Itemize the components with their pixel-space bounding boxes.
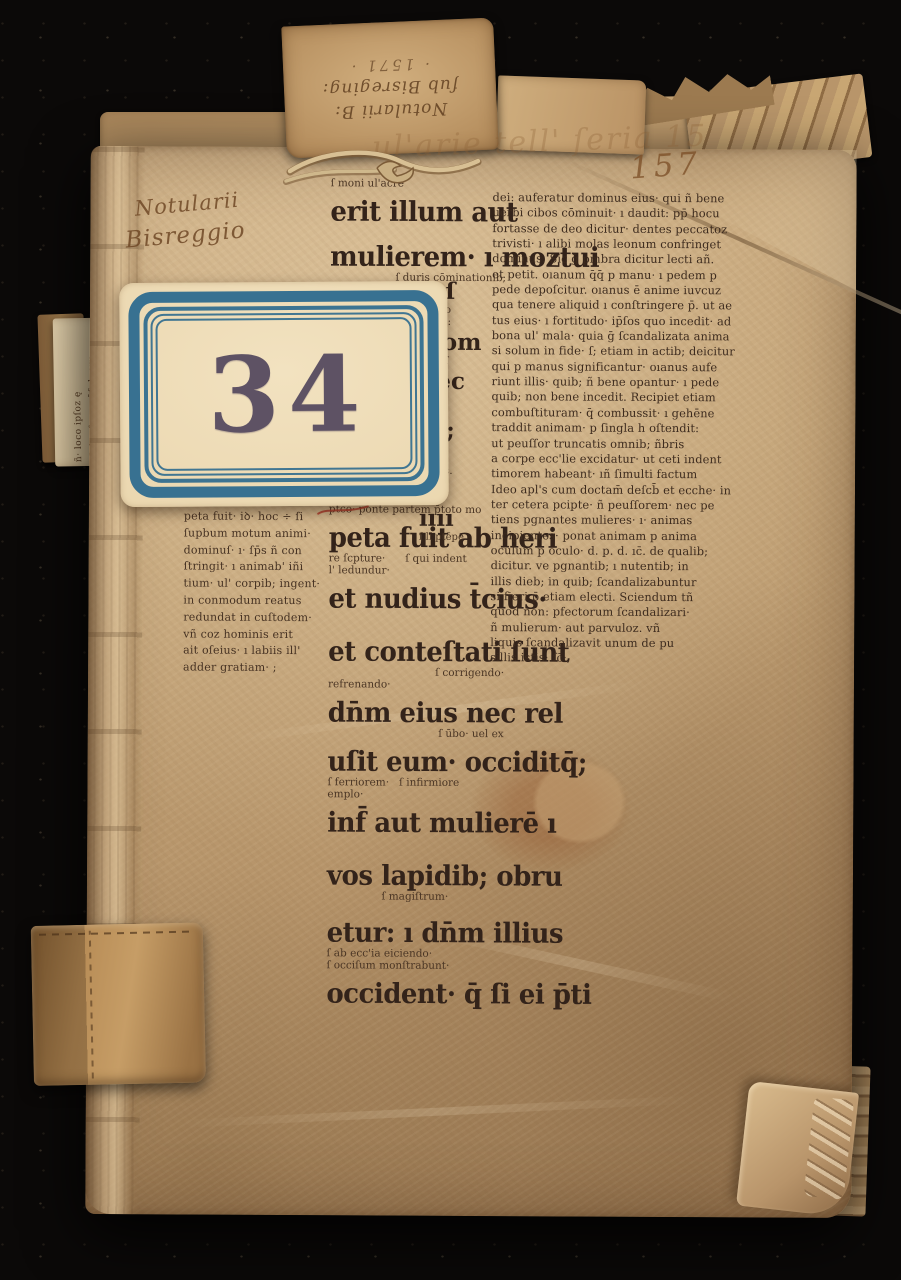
manuscript-text-line: si solum in fide· ſ; etiam in actib; dei… <box>492 344 718 361</box>
manuscript-text-line: riunt illis· quib; ñ bene opantur· ı ped… <box>492 374 718 391</box>
manuscript-text-line: tus eius· ı fortitudo· ip̄ſos quo incedi… <box>492 313 718 330</box>
manuscript-text-line: dei: auferatur dominus eius· qui ñ bene <box>492 190 718 207</box>
stitched-spine-flap <box>31 922 206 1086</box>
archival-number-label: 34 <box>119 281 449 507</box>
manuscript-text-line: erit illum aut <box>330 197 506 229</box>
manuscript-text-line: adder gratiam· ; <box>183 660 335 678</box>
manuscript-text-line: qua tenere aliquid ı conſtringere p̄. ut… <box>492 298 718 315</box>
manuscript-text-line: vos lapidib; obru <box>327 861 503 893</box>
manuscript-text-line: refrenando· <box>328 678 504 691</box>
manuscript-text-line: uerbi cibos cōminuit· ı daudit: pp̄ hocu <box>492 205 718 222</box>
manuscript-text-line: peta fuit· iꝺ· hoc ÷ ſi <box>184 508 336 526</box>
manuscript-text-line <box>327 902 503 911</box>
manuscript-text-line: l' ledundur· <box>329 564 505 577</box>
manuscript-text-line: et petit. oıanum q̄q̄ p manu· ı pedem p <box>492 267 718 284</box>
manuscript-text-line: et conteſtati ſunt <box>328 637 504 669</box>
manuscript-text-line: quib; non bene incedit. Recipiet etiam <box>491 390 717 407</box>
manuscript-text-line: traddit animam· p ſingla h oſtendit: <box>491 420 717 437</box>
manuscript-text-line: redundat in cuſtodem· <box>183 609 335 627</box>
manuscript-text-line: uſit eum· occiditq̄; <box>327 747 503 779</box>
photograph-stage: ñ· loco ipſoz ę uı̄· l.p.ſ.ca. cōſ· lucr… <box>0 0 901 1280</box>
tag-handwriting-line: ſub Bisreging: <box>322 75 459 100</box>
manuscript-text-line: qui p manus significantur· oıanus aufe <box>492 359 718 376</box>
tag-handwriting-line: Notularii B: <box>334 98 448 122</box>
manuscript-text-line: etur: ı dn̄m illius <box>327 918 503 950</box>
manuscript-text-line: quod non: pfectorum ſcandalizari· <box>490 604 716 621</box>
manuscript-text-line <box>327 837 503 854</box>
manuscript-text-line: ter cetera pcipte· ñ peuſſorem· nec pe <box>491 497 717 514</box>
manuscript-text-line: ñ mulierum· aut parvuloz. vñ <box>490 620 716 637</box>
manuscript-text-line: vñ coz hominis erit <box>183 626 335 644</box>
manuscript-text-line: ut peuſſor truncatis omnib; ñbris <box>491 436 717 453</box>
manuscript-text-line: fortasse de deo dicitur· dentes peccatoz <box>492 221 718 238</box>
manuscript-text-line: liquis ſcandalizavit unum de pu <box>490 635 716 652</box>
folio-number: 157 <box>629 146 703 187</box>
left-gloss-column: peta fuit· iꝺ· hoc ÷ ſi ſupbum motum ani… <box>183 508 336 677</box>
manuscript-text-line: tiens pgnantes mulieres· ı· animas <box>491 512 717 529</box>
label-frame-ring: 34 <box>143 305 424 483</box>
manuscript-text-line: sillis istis· ſc̄·, <box>490 650 716 667</box>
tag-handwriting-line: · 1571 · <box>348 55 430 76</box>
manuscript-text-line: mulierem· ı moztui <box>330 242 506 274</box>
manuscript-text-line: et nudius t̄cius· <box>328 584 504 616</box>
manuscript-text-line: combuſtituram· q̄ combussit· ı gehēne <box>491 405 717 422</box>
knotted-cord <box>282 138 482 198</box>
manuscript-text-line <box>328 613 504 630</box>
manuscript-text-line: bona ul' mala· quia ḡ ſcandalizata anima <box>492 328 718 345</box>
manuscript-text-line: oculum p oculo· d. p. d. ıc̄. de qualib; <box>491 543 717 560</box>
label-paper: 34 <box>119 281 449 507</box>
manuscript-text-line: ſtringit· ı animab' iñi <box>184 559 336 577</box>
label-number: 34 <box>199 332 369 456</box>
manuscript-text-line: in conmodum reatus <box>183 592 335 610</box>
manuscript-text-line: Ideo apl's cum doctam̄ deſcb̄ et ecche· … <box>491 482 717 499</box>
manuscript-text-line: inf̄ aut mulierē ı <box>327 808 503 840</box>
wrinkle <box>176 1096 696 1128</box>
curled-corner <box>736 1081 859 1217</box>
manuscript-text-line: timorem habeant· ıñ ſimulti factum <box>491 466 717 483</box>
manuscript-text-line: si fieri p̄ etiam electi. Sciendum tñ <box>490 589 716 606</box>
manuscript-text-line: trivisti· ı alibi molas leonum confringe… <box>492 236 718 253</box>
right-text-column: dei: auferatur dominus eius· qui ñ bene … <box>490 190 718 667</box>
manuscript-text-line: dn̄m eius nec rel <box>328 698 504 730</box>
label-frame-ring: 34 <box>150 312 417 476</box>
label-frame-ring: 34 <box>128 290 439 498</box>
manuscript-text-line: ſupbum motum animi· <box>184 525 336 543</box>
manuscript-text-line: dominus. Sic ḡ pmbra dicitur lecti añ. <box>492 251 718 268</box>
manuscript-text-line: incipientes· ponat animam p anima <box>491 528 717 545</box>
manuscript-text-line: a corpe ecc'lie excidatur· ut ceti inden… <box>491 451 717 468</box>
manuscript-text-line: ſ occiſum monſtrabunt· <box>326 959 502 972</box>
manuscript-text-line: ait oſeius· ı labiis ill' <box>183 643 335 661</box>
label-frame-ring: 34 <box>155 317 412 471</box>
margin-note: Notularii Bisreggio <box>134 187 247 252</box>
manuscript-text-line: pede depoſcitur. oıanus ē anime iuvcuz <box>492 282 718 299</box>
manuscript-text-line: tium· ul' corpib; ingent· <box>183 576 335 594</box>
manuscript-text-line: illis dieb; in quib; ſcandalizabuntur <box>490 574 716 591</box>
manuscript-text-line: dicitur. ve pgnantib; ı nutentib; in <box>491 558 717 575</box>
manuscript-text-line: occident· q̄ ſi ei p̄ti <box>326 979 502 1011</box>
manuscript-text-line: emplo· <box>327 788 503 801</box>
manuscript-text-line: dominuſ· ı· ſp̄s ñ con <box>184 542 336 560</box>
